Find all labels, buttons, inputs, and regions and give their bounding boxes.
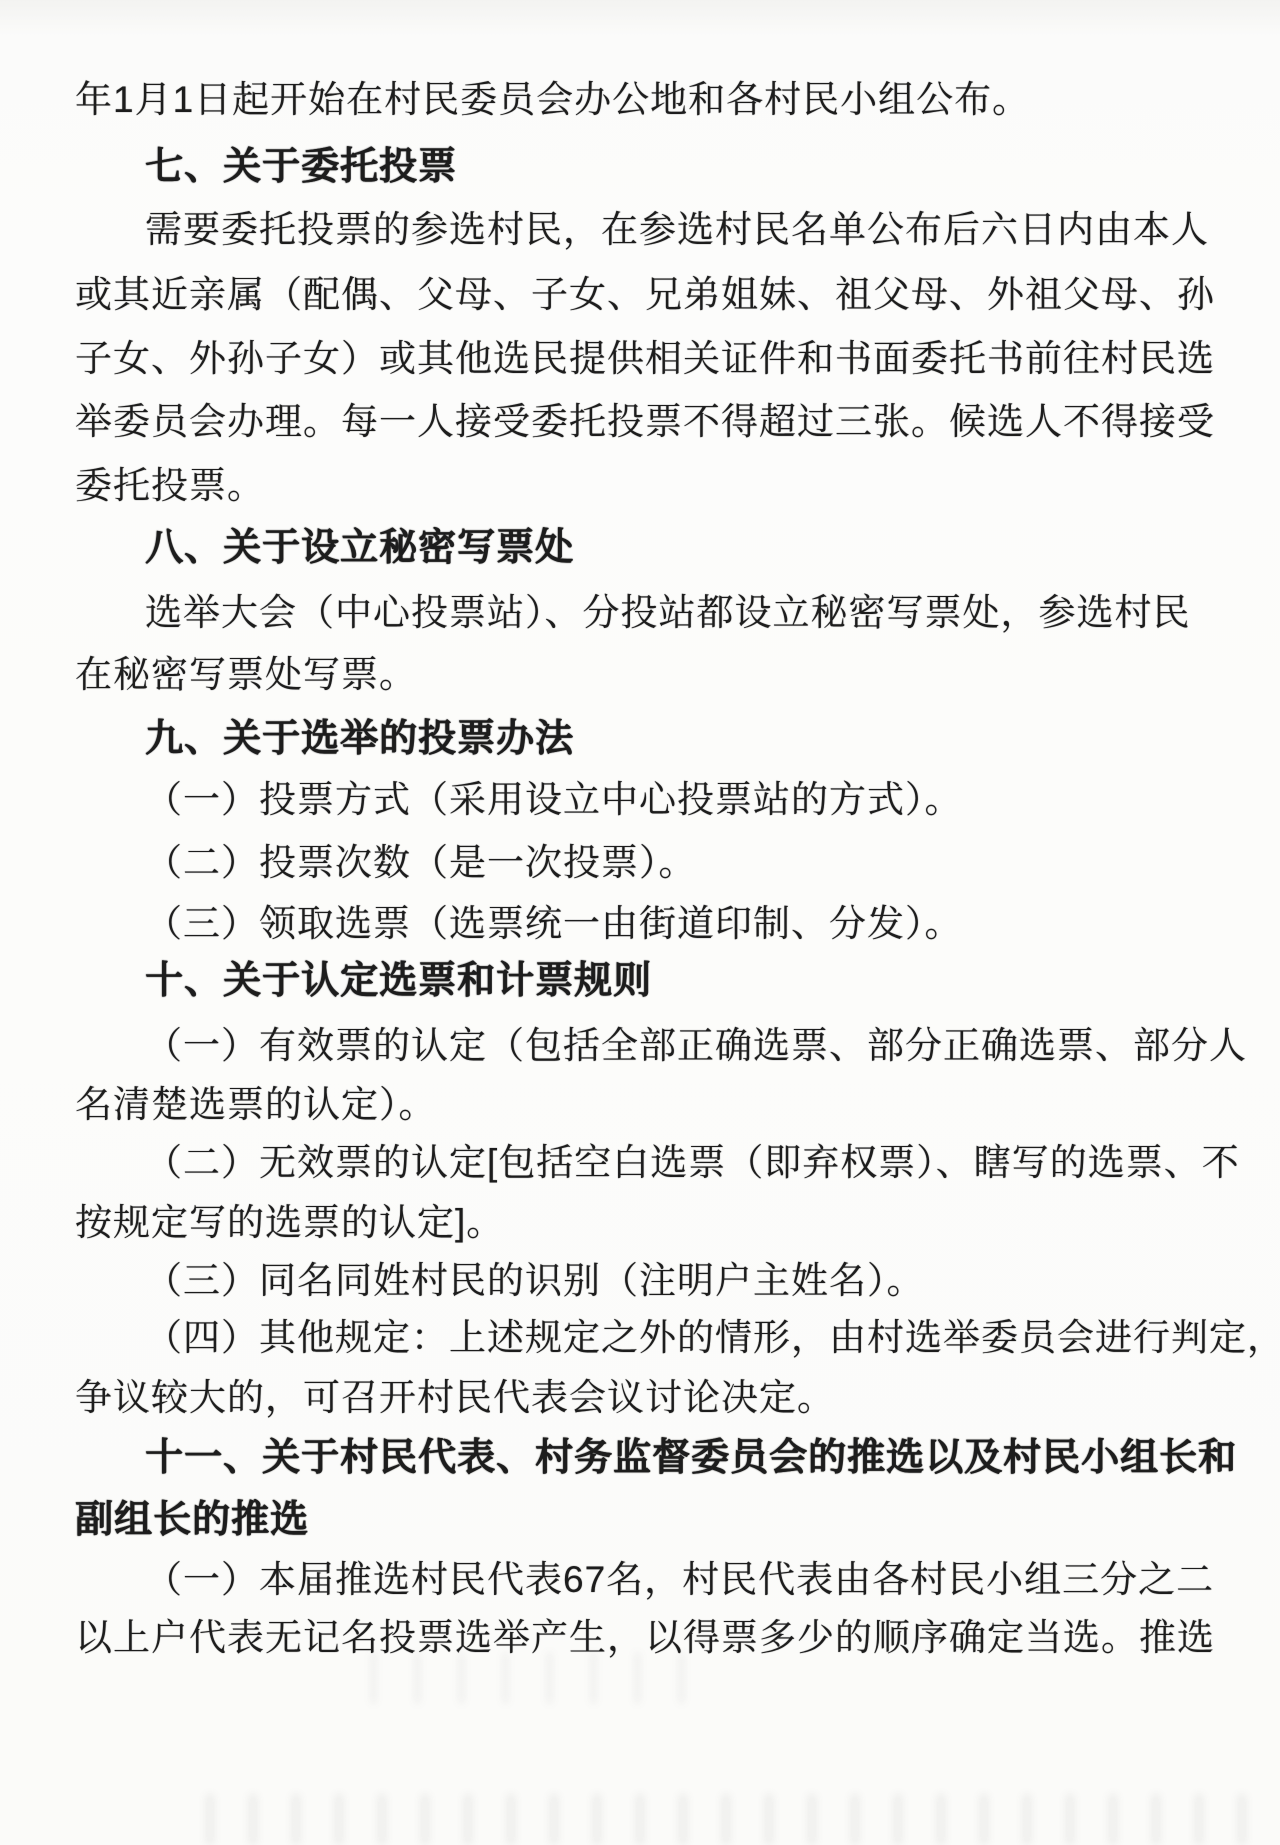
- text-line: （三）同名同姓村民的识别（注明户主姓名）。: [145, 1257, 925, 1305]
- text-line: 子女、外孙子女）或其他选民提供相关证件和书面委托书前往村民选: [75, 335, 1215, 383]
- text-line: （四）其他规定：上述规定之外的情形，由村选举委员会进行判定，: [145, 1314, 1280, 1362]
- document-text: 年1月1日起开始在村民委员会办公地和各村民小组公布。七、关于委托投票需要委托投票…: [0, 0, 1280, 1845]
- heading-line: 副组长的推选: [75, 1496, 309, 1544]
- text-line: （二）无效票的认定[包括空白选票（即弃权票）、瞎写的选票、不: [145, 1139, 1240, 1187]
- text-line: 选举大会（中心投票站）、分投站都设立秘密写票处，参选村民: [145, 589, 1191, 637]
- text-line: 以上户代表无记名投票选举产生，以得票多少的顺序确定当选。推选: [75, 1614, 1215, 1662]
- text-line: 按规定写的选票的认定]。: [75, 1199, 504, 1247]
- text-line: （三）领取选票（选票统一由街道印制、分发）。: [145, 900, 963, 948]
- heading-line: 八、关于设立秘密写票处: [145, 524, 574, 572]
- text-line: （一）有效票的认定（包括全部正确选票、部分正确选票、部分人: [145, 1022, 1247, 1070]
- text-line: 年1月1日起开始在村民委员会办公地和各村民小组公布。: [75, 76, 1030, 124]
- text-line: 或其近亲属（配偶、父母、子女、兄弟姐妹、祖父母、外祖父母、孙: [75, 271, 1215, 319]
- text-line: （一）投票方式（采用设立中心投票站的方式）。: [145, 776, 963, 824]
- heading-line: 九、关于选举的投票办法: [145, 715, 574, 763]
- heading-line: 七、关于委托投票: [145, 143, 457, 191]
- text-line: （一）本届推选村民代表67名，村民代表由各村民小组三分之二: [145, 1556, 1214, 1604]
- text-line: 名清楚选票的认定）。: [75, 1081, 437, 1129]
- heading-line: 十、关于认定选票和计票规则: [145, 957, 652, 1005]
- text-line: 在秘密写票处写票。: [75, 651, 417, 699]
- scanned-document-page: 年1月1日起开始在村民委员会办公地和各村民小组公布。七、关于委托投票需要委托投票…: [0, 0, 1280, 1845]
- text-line: （二）投票次数（是一次投票）。: [145, 839, 697, 887]
- text-line: 需要委托投票的参选村民，在参选村民名单公布后六日内由本人: [145, 206, 1209, 254]
- text-line: 举委员会办理。每一人接受委托投票不得超过三张。候选人不得接受: [75, 398, 1215, 446]
- text-line: 争议较大的，可召开村民代表会议讨论决定。: [75, 1374, 835, 1422]
- heading-line: 十一、关于村民代表、村务监督委员会的推选以及村民小组长和: [145, 1434, 1237, 1482]
- text-line: 委托投票。: [75, 462, 265, 510]
